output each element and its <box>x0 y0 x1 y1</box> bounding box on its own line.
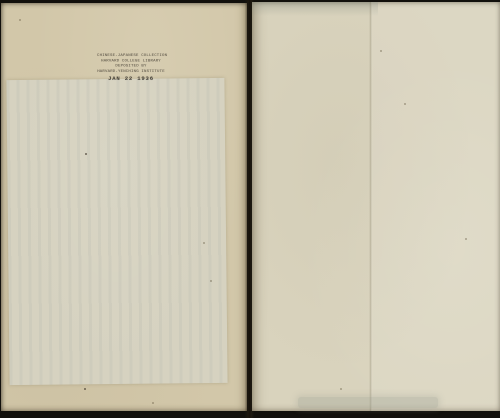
paper-speck <box>19 19 21 21</box>
date-stamp: JAN 22 1936 <box>97 75 165 82</box>
fold-light-area <box>373 2 500 411</box>
paper-speck <box>340 388 342 390</box>
bottom-discoloration <box>298 397 438 408</box>
right-page <box>252 2 500 411</box>
paper-speck <box>85 153 87 155</box>
paper-speck <box>380 50 382 52</box>
paper-speck <box>404 103 406 105</box>
library-stamp: CHINESE-JAPANESE COLLECTION HARVARD COLL… <box>97 53 165 82</box>
page-crease <box>369 2 373 411</box>
paper-speck <box>203 242 205 244</box>
stamp-line-institute: HARVARD-YENCHING INSTITUTE <box>97 69 165 74</box>
inner-sheet-bleedthrough <box>6 78 227 385</box>
paper-speck <box>210 280 212 282</box>
left-page: CHINESE-JAPANESE COLLECTION HARVARD COLL… <box>1 3 247 411</box>
paper-speck <box>152 402 154 404</box>
paper-speck <box>84 388 86 390</box>
top-discoloration <box>252 2 378 16</box>
paper-speck <box>465 238 467 240</box>
book-scan: CHINESE-JAPANESE COLLECTION HARVARD COLL… <box>0 0 500 418</box>
